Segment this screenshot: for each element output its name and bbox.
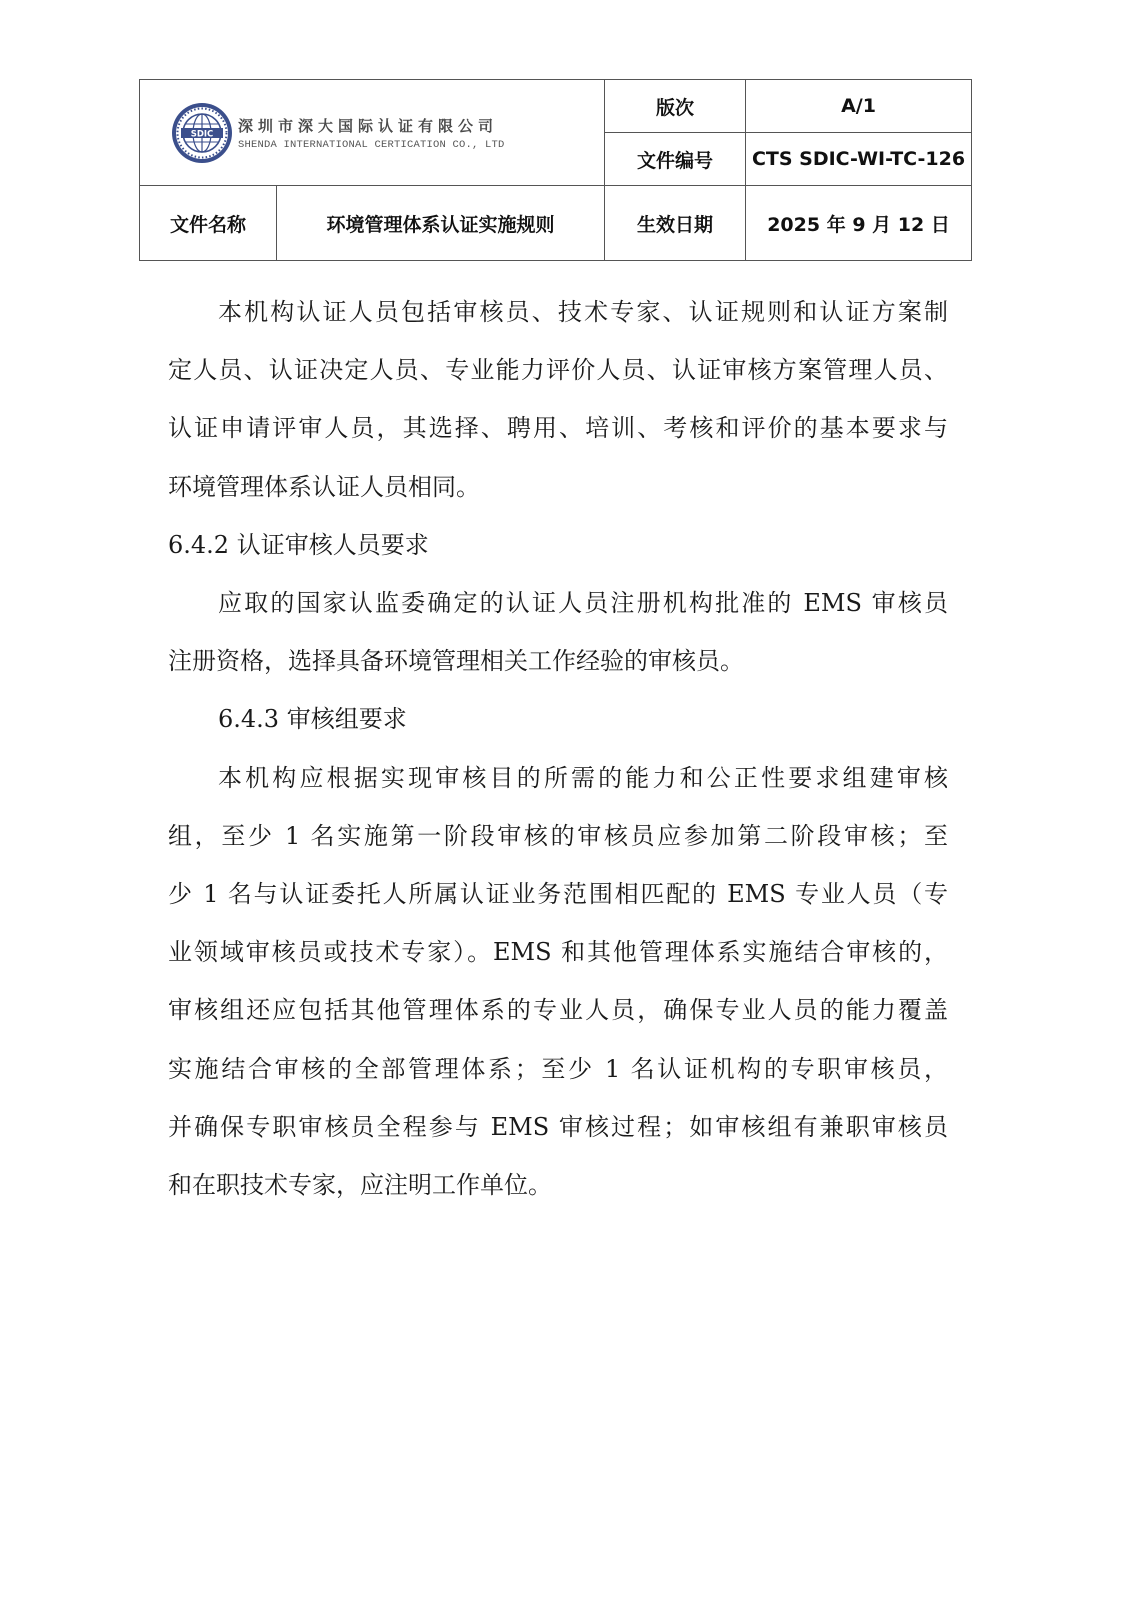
text-line: 和在职技术专家，应注明工作单位。 bbox=[168, 1156, 948, 1214]
text-line: 定人员、认证决定人员、专业能力评价人员、认证审核方案管理人员、 bbox=[168, 341, 948, 399]
text-line: 实施结合审核的全部管理体系；至少 1 名认证机构的专职审核员， bbox=[168, 1040, 948, 1098]
text-line: 本机构认证人员包括审核员、技术专家、认证规则和认证方案制 bbox=[168, 283, 948, 341]
company-name-en: SHENDA INTERNATIONAL CERTICATION CO., LT… bbox=[238, 139, 505, 151]
text-line: 并确保专职审核员全程参与 EMS 审核过程；如审核组有兼职审核员 bbox=[168, 1098, 948, 1156]
company-logo: SDIC 深圳市深大国际认证有限公司 SHENDA INTERNATIONAL … bbox=[140, 101, 604, 165]
doc-number-value: CTS SDIC-WI-TC-126 bbox=[746, 133, 972, 186]
paragraph-audit-team-requirements: 本机构应根据实现审核目的所需的能力和公正性要求组建审核 组，至少 1 名实施第一… bbox=[168, 749, 948, 1215]
version-label: 版次 bbox=[605, 80, 746, 133]
sdic-globe-logo-icon: SDIC bbox=[170, 101, 234, 165]
logo-cell: SDIC 深圳市深大国际认证有限公司 SHENDA INTERNATIONAL … bbox=[140, 80, 605, 186]
text-line: 环境管理体系认证人员相同。 bbox=[168, 458, 948, 516]
doc-number-label: 文件编号 bbox=[605, 133, 746, 186]
text-line: 本机构应根据实现审核目的所需的能力和公正性要求组建审核 bbox=[168, 749, 948, 807]
text-line: 审核组还应包括其他管理体系的专业人员，确保专业人员的能力覆盖 bbox=[168, 981, 948, 1039]
document-header-table: SDIC 深圳市深大国际认证有限公司 SHENDA INTERNATIONAL … bbox=[139, 79, 972, 261]
paragraph-auditor-requirements: 应取的国家认监委确定的认证人员注册机构批准的 EMS 审核员 注册资格，选择具备… bbox=[168, 574, 948, 690]
text-line: 少 1 名与认证委托人所属认证业务范围相匹配的 EMS 专业人员（专 bbox=[168, 865, 948, 923]
doc-name-label: 文件名称 bbox=[140, 186, 277, 261]
document-body: 本机构认证人员包括审核员、技术专家、认证规则和认证方案制 定人员、认证决定人员、… bbox=[168, 283, 948, 1214]
text-line: 注册资格，选择具备环境管理相关工作经验的审核员。 bbox=[168, 632, 948, 690]
text-line: 业领域审核员或技术专家）。EMS 和其他管理体系实施结合审核的， bbox=[168, 923, 948, 981]
section-heading-6-4-3: 6.4.3 审核组要求 bbox=[168, 690, 948, 748]
text-line: 应取的国家认监委确定的认证人员注册机构批准的 EMS 审核员 bbox=[168, 574, 948, 632]
section-heading-6-4-2: 6.4.2 认证审核人员要求 bbox=[168, 516, 948, 574]
effective-date-value: 2025 年 9 月 12 日 bbox=[746, 186, 972, 261]
paragraph-personnel-scope: 本机构认证人员包括审核员、技术专家、认证规则和认证方案制 定人员、认证决定人员、… bbox=[168, 283, 948, 516]
text-line: 认证申请评审人员，其选择、聘用、培训、考核和评价的基本要求与 bbox=[168, 399, 948, 457]
effective-date-label: 生效日期 bbox=[605, 186, 746, 261]
version-value: A/1 bbox=[746, 80, 972, 133]
text-line: 组，至少 1 名实施第一阶段审核的审核员应参加第二阶段审核；至 bbox=[168, 807, 948, 865]
company-name-cn: 深圳市深大国际认证有限公司 bbox=[238, 115, 505, 136]
doc-name-value: 环境管理体系认证实施规则 bbox=[277, 186, 605, 261]
svg-text:SDIC: SDIC bbox=[191, 129, 214, 139]
